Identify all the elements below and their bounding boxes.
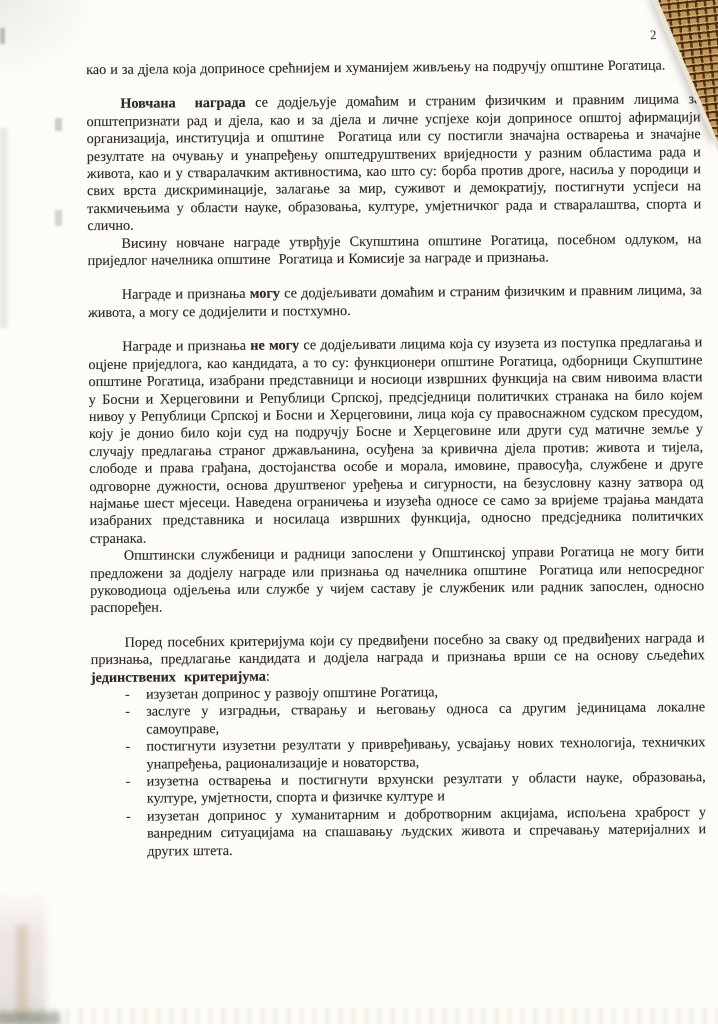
list-item-text: постигнути изузетни резултати у привређи… <box>146 734 705 773</box>
text-run: Општински службеници и радници запослени… <box>90 543 704 616</box>
scan-speckle-bottom-edge <box>0 1008 718 1024</box>
text-run: се додјељивати лицима која су изузета из… <box>88 334 703 546</box>
text-run: изузетан допринос у хуманитарним и добро… <box>147 804 706 859</box>
scanned-document-page: као и за дјела која доприносе срећнијем … <box>0 0 718 1024</box>
list-item: -заслуге у изградњи, стварању и његовању… <box>91 700 705 740</box>
paragraph: Награде и признања не могу се додјељиват… <box>88 334 704 548</box>
dash-bullet: - <box>125 687 146 705</box>
scan-smudge-bottom-corner <box>0 1012 60 1024</box>
list-item-text: заслуге у изградњи, стварању и његовању … <box>146 700 705 739</box>
list-item: -изузетан допринос у хуманитарним и добр… <box>92 804 706 861</box>
scan-smudge-left-band <box>0 128 7 328</box>
text-run: се додјељује домаћим и страним физичким … <box>86 92 701 235</box>
text-run: као и за дјела која доприносе срећнијем … <box>86 57 665 78</box>
document-body: као и за дјела која доприносе срећнијем … <box>86 57 706 861</box>
paragraph: Општински службеници и радници запослени… <box>90 543 705 617</box>
dash-bullet: - <box>126 774 147 809</box>
scan-smudge-bottom-left <box>0 890 46 1024</box>
text-run: заслуге у изградњи, стварању и његовању … <box>146 700 705 738</box>
bold-text-run: могу <box>250 286 280 302</box>
text-run: изузетна остварења и постигнути врхунски… <box>147 769 706 807</box>
text-run: Висину новчане награде утврђује Скупштин… <box>88 231 702 269</box>
bold-text-run: не могу <box>250 338 299 354</box>
list-item-text: изузетна остварења и постигнути врхунски… <box>147 769 706 808</box>
paragraph: као и за дјела која доприносе срећнијем … <box>86 57 700 79</box>
criteria-list: -изузетан допринос у развоју општине Рог… <box>91 682 706 861</box>
bold-text-run: Новчана награда <box>120 95 245 112</box>
text-run: изузетан допринос у развоју општине Рога… <box>146 684 438 702</box>
page-number: 2 <box>649 27 657 43</box>
dash-bullet: - <box>125 739 146 774</box>
dash-bullet: - <box>125 704 146 739</box>
scan-smudge-brown-streak <box>16 925 28 1020</box>
scan-smudge-edge <box>0 28 5 44</box>
text-run: постигнути изузетни резултати у привређи… <box>146 734 705 772</box>
list-item: -постигнути изузетни резултати у привређ… <box>91 734 705 774</box>
text-run: Награде и признања <box>122 338 250 355</box>
paragraph: Висину новчане награде утврђује Скупштин… <box>87 231 701 271</box>
paragraph: Новчана награда се додјељује домаћим и с… <box>86 92 701 236</box>
text-run: : <box>266 668 270 684</box>
dash-bullet: - <box>126 808 147 860</box>
text-run: Поред посебних критеријума који су предв… <box>91 630 705 668</box>
list-item-text: изузетан допринос у хуманитарним и добро… <box>147 804 706 861</box>
scan-smudge-mark <box>55 118 62 131</box>
bold-text-run: јединствених критеријума <box>91 668 266 685</box>
paragraph: Награде и признања могу се додјељивати д… <box>88 283 702 323</box>
text-run: Награде и признања <box>122 286 250 303</box>
list-item: -изузетна остварења и постигнути врхунск… <box>92 769 706 809</box>
scan-smudge-mark <box>55 210 62 226</box>
paragraph: Поред посебних критеријума који су предв… <box>90 630 704 687</box>
